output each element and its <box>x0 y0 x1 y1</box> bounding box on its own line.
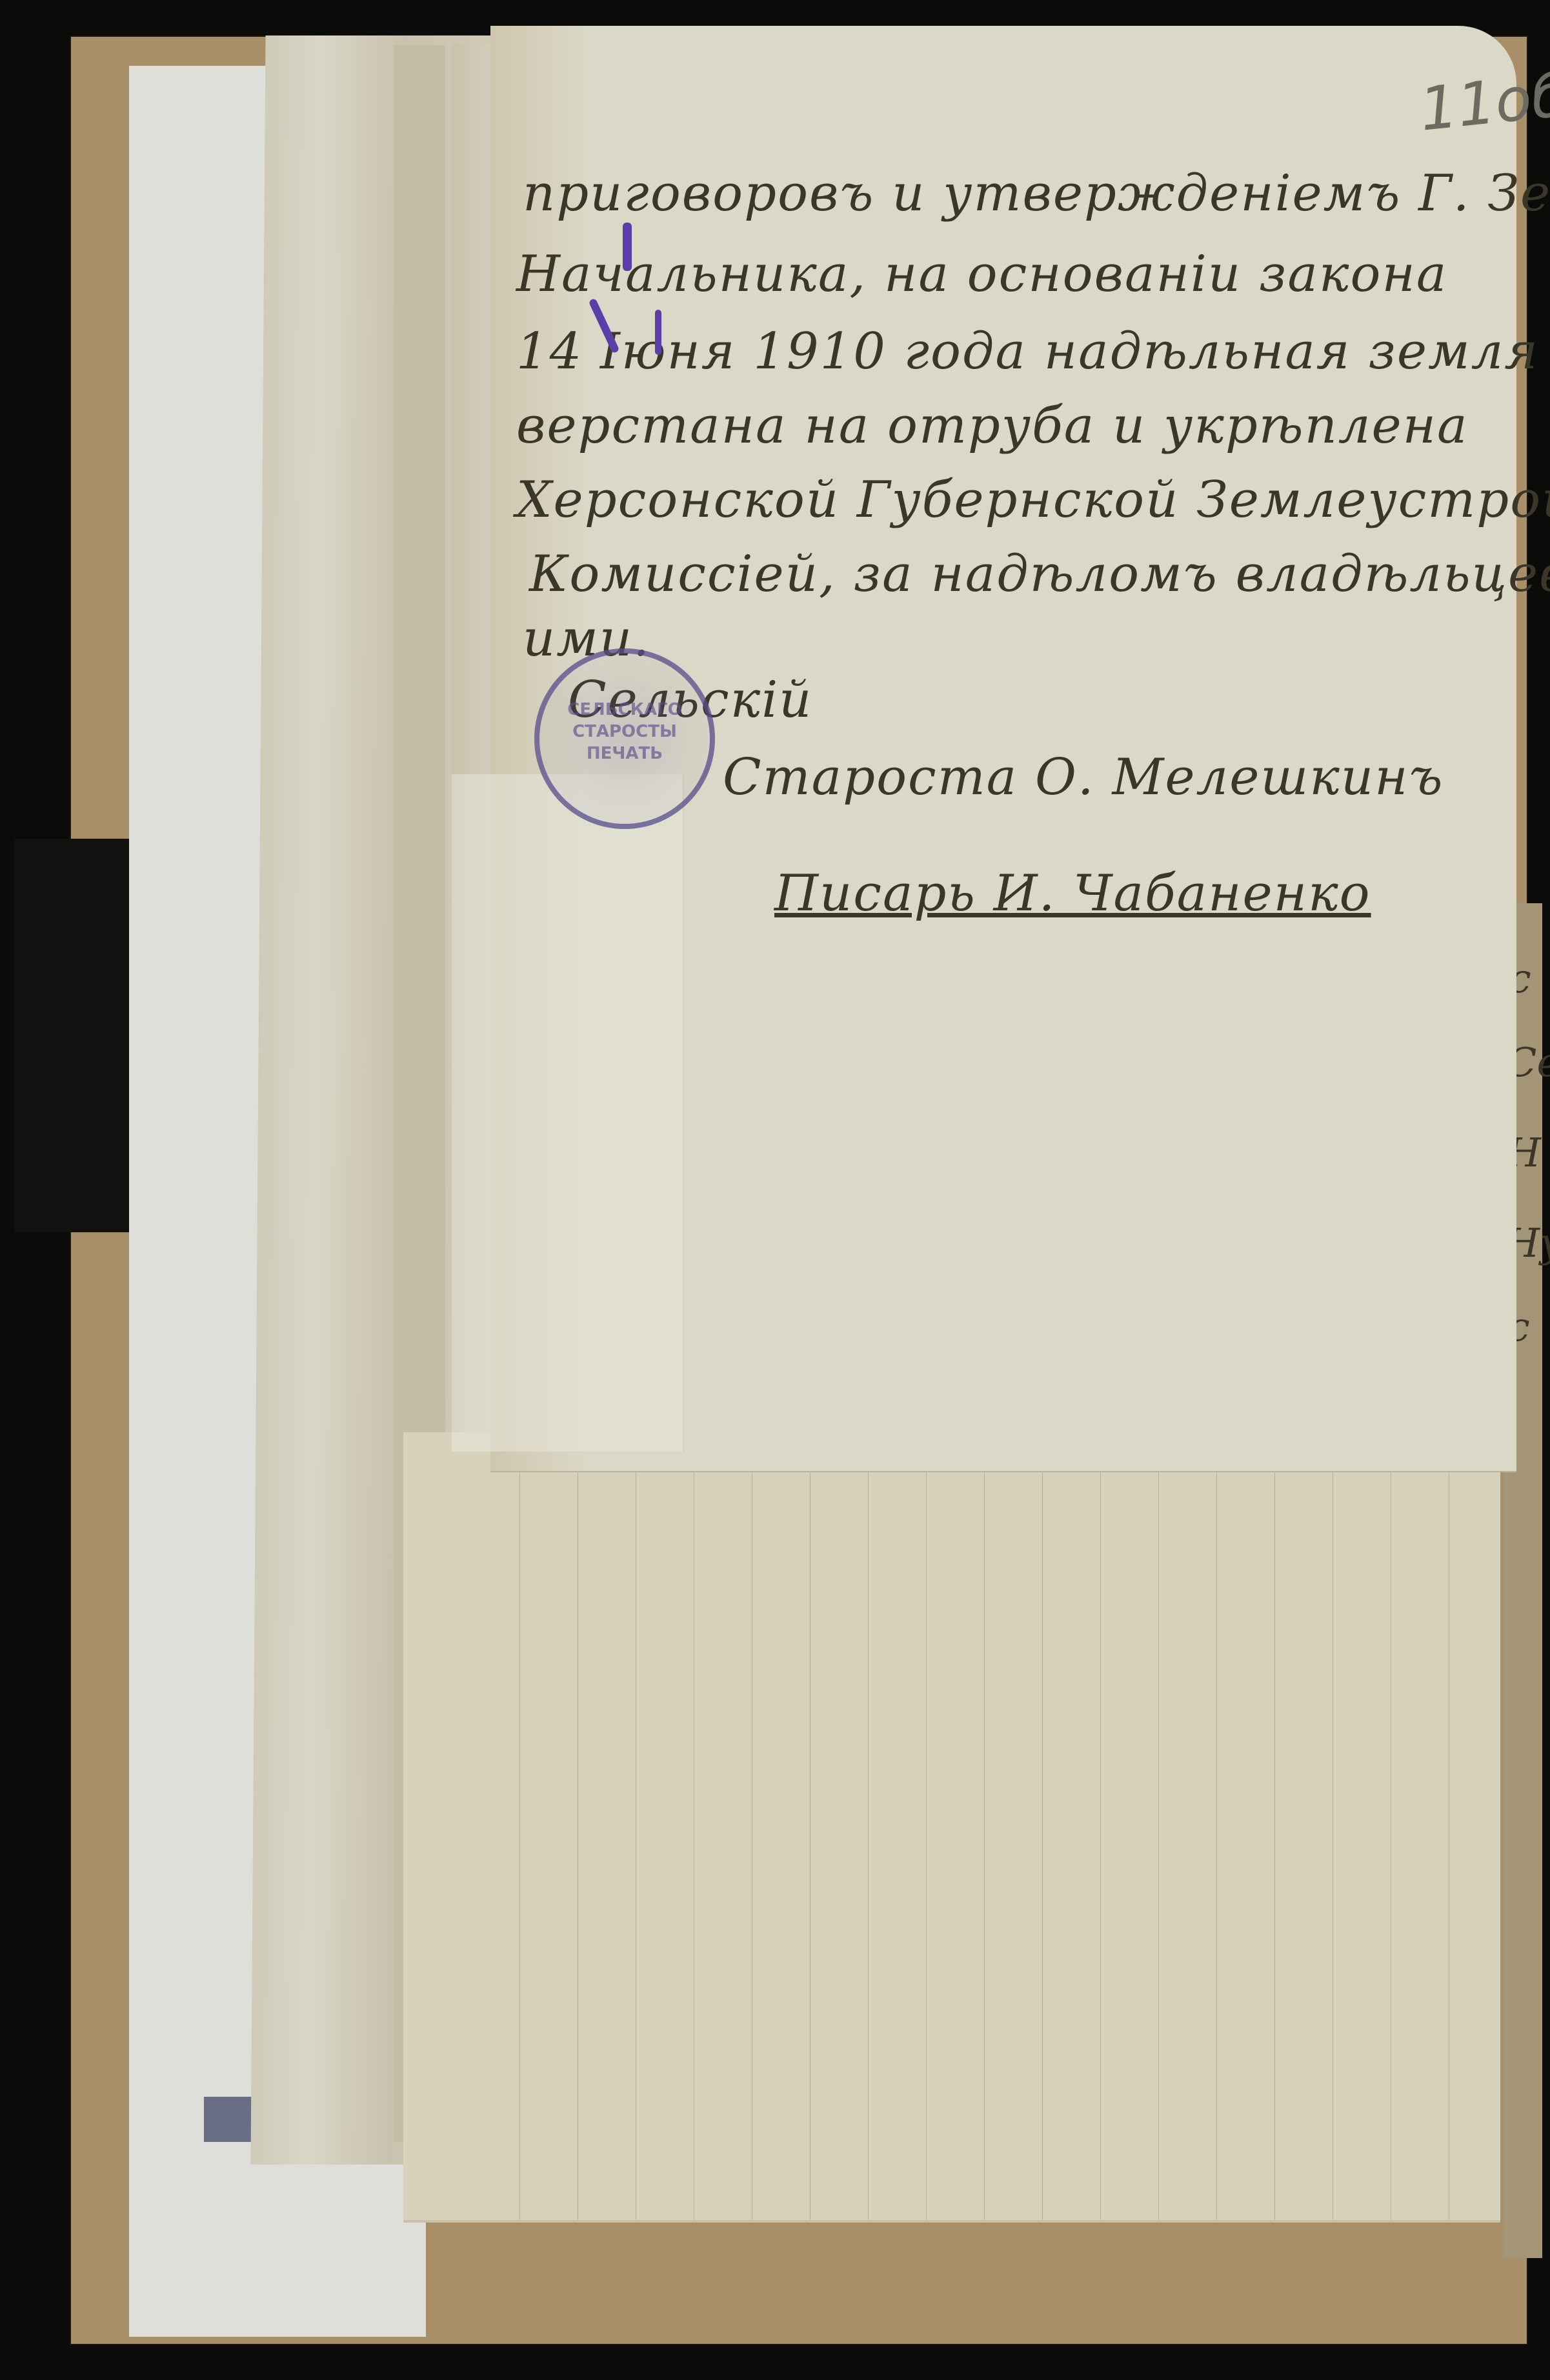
text-line-5: Херсонской Губернской Землеустроит <box>516 471 1550 529</box>
text-line-3: 14 Iюня 1910 года надѣльная земля раз <box>516 323 1550 381</box>
stamp-line: СЕЛЬСКАГО <box>565 699 684 721</box>
text-line-2: Начальника, на основанiи закона <box>516 245 1447 303</box>
text-line-6: Комиссiей, за надѣломъ владѣльцевъ <box>529 545 1550 603</box>
stamp-line: СТАРОСТЫ <box>565 721 684 743</box>
text-line-4: верстана на отруба и укрѣплена <box>516 397 1469 455</box>
official-stamp: СЕЛЬСКАГО СТАРОСТЫ ПЕЧАТЬ <box>534 648 715 829</box>
purple-pencil-mark <box>655 310 661 355</box>
text-line-1: приговоровъ и утвержденiемъ Г. Зем <box>523 165 1550 223</box>
scribe-signature: Писарь И. Чабаненко <box>774 865 1371 923</box>
lined-sheet <box>403 1432 1500 2223</box>
tissue-repair-overlay <box>452 774 684 1452</box>
signature-title-2: Староста О. Мелешкинъ <box>723 748 1444 806</box>
purple-pencil-mark <box>623 223 632 271</box>
stamp-line: ПЕЧАТЬ <box>565 743 684 765</box>
